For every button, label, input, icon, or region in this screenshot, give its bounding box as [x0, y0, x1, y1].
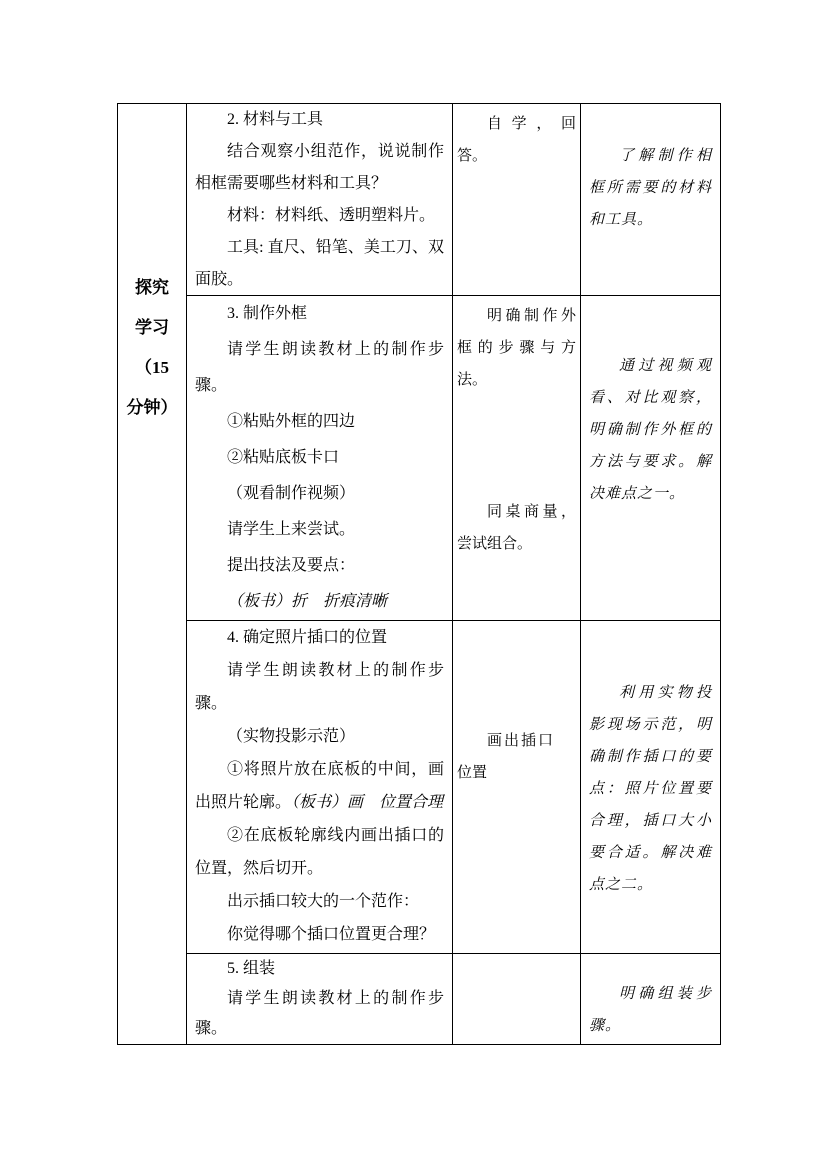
- teaching-step: ①将照片放在底板的中间，画出照片轮廓。（板书）画 位置合理: [195, 753, 444, 819]
- student-activity-text: 画出插口位置: [457, 725, 553, 789]
- design-intent-text: 利用实物投影现场示范，明确制作插口的要点：照片位置要合理，插口大小要合适。解决难…: [589, 677, 712, 901]
- teaching-step: 你觉得哪个插口位置更合理？: [195, 918, 444, 951]
- teaching-step: 3. 制作外框: [195, 296, 444, 332]
- stage-line: 分钟）: [118, 388, 186, 428]
- teaching-step: 2. 材料与工具: [195, 104, 444, 136]
- teaching-step: 材料：材料纸、透明塑料片。: [195, 200, 444, 232]
- teaching-cell-photo-slot: 4. 确定照片插口的位置 请学生朗读教材上的制作步骤。 （实物投影示范） ①将照…: [187, 621, 453, 954]
- student-activity-cell: 明确制作外框的步骤与方法。 同桌商量，尝试组合。: [453, 296, 581, 621]
- teaching-step: （观看制作视频）: [195, 476, 444, 512]
- lesson-plan-table: 探究 学习 （15 分钟） 2. 材料与工具 结合观察小组范作，说说制作相框需要…: [117, 103, 721, 1045]
- teaching-step: 5. 组装: [195, 954, 444, 984]
- teaching-step: 请学生朗读教材上的制作步骤。: [195, 332, 444, 404]
- student-activity-text: 自学，回答。: [457, 108, 576, 172]
- stage-line: 学习: [118, 308, 186, 348]
- stage-cell: 探究 学习 （15 分钟）: [118, 104, 187, 1044]
- teaching-step: ①粘贴外框的四边: [195, 404, 444, 440]
- teaching-step: 结合观察小组范作，说说制作相框需要哪些材料和工具？: [195, 136, 444, 200]
- teaching-step: ②粘贴底板卡口: [195, 440, 444, 476]
- teaching-cell-materials: 2. 材料与工具 结合观察小组范作，说说制作相框需要哪些材料和工具？ 材料：材料…: [187, 104, 453, 296]
- teaching-step: 工具: 直尺、铅笔、美工刀、双面胶。: [195, 232, 444, 296]
- teaching-step: ②在底板轮廓线内画出插口的位置，然后切开。: [195, 819, 444, 885]
- student-activity-cell: 自学，回答。: [453, 104, 581, 296]
- student-activity-text: 明确制作外框的步骤与方法。: [457, 300, 576, 396]
- teaching-step: 4. 确定照片插口的位置: [195, 621, 444, 654]
- stage-line: （15: [118, 348, 186, 388]
- student-activity-cell: 画出插口位置: [453, 621, 581, 954]
- teaching-cell-assembly: 5. 组装 请学生朗读教材上的制作步骤。 ①把透明塑料片安装到框体上。: [187, 954, 453, 1044]
- design-intent-cell: 通过视频观看、对比观察，明确制作外框的方法与要求。解决难点之一。: [581, 296, 720, 621]
- teaching-step: 请学生朗读教材上的制作步骤。: [195, 654, 444, 720]
- design-intent-text: 通过视频观看、对比观察，明确制作外框的方法与要求。解决难点之一。: [589, 350, 712, 510]
- board-note: （板书）折 折痕清晰: [195, 584, 444, 620]
- student-activity-cell: [453, 954, 581, 1044]
- teaching-cell-outer-frame: 3. 制作外框 请学生朗读教材上的制作步骤。 ①粘贴外框的四边 ②粘贴底板卡口 …: [187, 296, 453, 621]
- stage-line: 探究: [118, 268, 186, 308]
- teaching-step: （实物投影示范）: [195, 720, 444, 753]
- design-intent-cell: 利用实物投影现场示范，明确制作插口的要点：照片位置要合理，插口大小要合适。解决难…: [581, 621, 720, 954]
- teaching-step: 提出技法及要点：: [195, 548, 444, 584]
- design-intent-cell: 明确组装步骤。: [581, 954, 720, 1044]
- design-intent-text: 了解制作相框所需要的材料和工具。: [589, 140, 712, 236]
- teaching-step: 请学生上来尝试。: [195, 512, 444, 548]
- teaching-step: 出示插口较大的一个范作：: [195, 885, 444, 918]
- board-note: （板书）画 位置合理: [291, 794, 443, 811]
- student-activity-text: 同桌商量，尝试组合。: [457, 496, 576, 560]
- design-intent-text: 明确组装步骤。: [589, 978, 712, 1042]
- design-intent-cell: 了解制作相框所需要的材料和工具。: [581, 104, 720, 296]
- teaching-step: 请学生朗读教材上的制作步骤。: [195, 984, 444, 1044]
